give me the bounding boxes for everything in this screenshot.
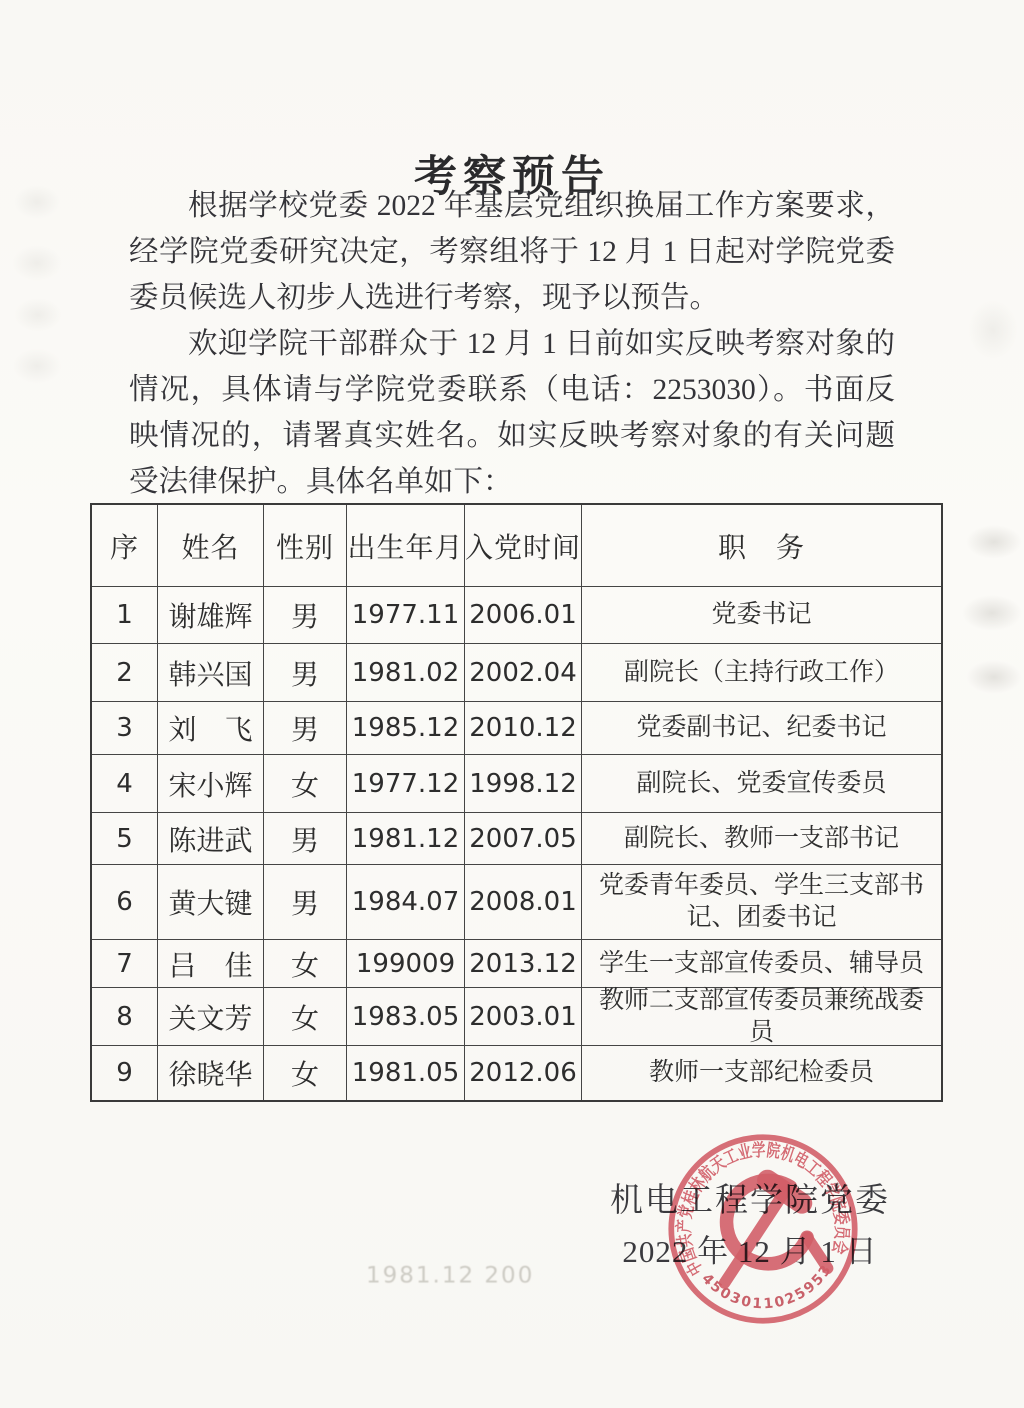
table-cell: 副院长、教师一支部书记	[582, 813, 941, 865]
table-cell: 5	[92, 813, 158, 865]
seal-emblem-hammer-sickle	[713, 1174, 828, 1283]
column-header: 姓名	[158, 505, 264, 587]
document-page: 考察预告 根据学校党委 2022 年基层党组织换届工作方案要求，经学院党委研究决…	[0, 0, 1024, 1408]
table-cell: 199009	[347, 940, 465, 988]
table-cell: 1981.05	[347, 1046, 465, 1100]
table-cell: 徐晓华	[158, 1046, 264, 1100]
table-cell: 关文芳	[158, 988, 264, 1046]
column-header: 职 务	[582, 505, 941, 587]
table-cell: 9	[92, 1046, 158, 1100]
table-cell: 1985.12	[347, 702, 465, 755]
table-cell: 1981.02	[347, 644, 465, 702]
table-cell: 男	[264, 865, 347, 940]
table-cell: 宋小辉	[158, 755, 264, 813]
table-cell: 女	[264, 988, 347, 1046]
official-seal: 中国共产党桂林航天工业学院机电工程学院委员会 4503011025953	[653, 1119, 874, 1340]
table-cell: 8	[92, 988, 158, 1046]
table-cell: 教师一支部纪检委员	[582, 1046, 941, 1100]
table-cell: 7	[92, 940, 158, 988]
scan-smudge	[962, 595, 1022, 631]
table-cell: 谢雄辉	[158, 587, 264, 644]
table-cell: 2013.12	[465, 940, 582, 988]
table-cell: 2010.12	[465, 702, 582, 755]
table-cell: 男	[264, 702, 347, 755]
column-header: 入党时间	[465, 505, 582, 587]
table-cell: 2008.01	[465, 865, 582, 940]
scan-smudge	[12, 348, 62, 384]
table-cell: 2002.04	[465, 644, 582, 702]
table-cell: 1983.05	[347, 988, 465, 1046]
scan-smudge	[966, 660, 1022, 694]
table-cell: 女	[264, 940, 347, 988]
table-cell: 1998.12	[465, 755, 582, 813]
table-cell: 党委书记	[582, 587, 941, 644]
table-cell: 2003.01	[465, 988, 582, 1046]
table-cell: 女	[264, 1046, 347, 1100]
scan-smudge	[968, 300, 1018, 360]
scan-smudge	[12, 245, 62, 281]
table-cell: 男	[264, 644, 347, 702]
table-cell: 3	[92, 702, 158, 755]
scan-smudge	[14, 298, 62, 332]
table-cell: 1981.12	[347, 813, 465, 865]
table-cell: 男	[264, 813, 347, 865]
table-cell: 女	[264, 755, 347, 813]
table-cell: 吕 佳	[158, 940, 264, 988]
table-cell: 6	[92, 865, 158, 940]
table-cell: 1984.07	[347, 865, 465, 940]
table-cell: 教师二支部宣传委员兼统战委员	[582, 988, 941, 1046]
table-cell: 党委副书记、纪委书记	[582, 702, 941, 755]
column-header: 性别	[264, 505, 347, 587]
table-cell: 2006.01	[465, 587, 582, 644]
table-cell: 副院长、党委宣传委员	[582, 755, 941, 813]
table-cell: 党委青年委员、学生三支部书记、团委书记	[582, 865, 941, 940]
table-cell: 1977.11	[347, 587, 465, 644]
roster-table: 序姓名性别出生年月入党时间职 务1谢雄辉男1977.112006.01党委书记2…	[90, 503, 943, 1102]
paragraph: 根据学校党委 2022 年基层党组织换届工作方案要求，经学院党委研究决定，考察组…	[129, 183, 895, 321]
table-cell: 陈进武	[158, 813, 264, 865]
table-cell: 2012.06	[465, 1046, 582, 1100]
ghost-bleed-text: 1981.12 200	[366, 1264, 534, 1289]
table-cell: 副院长（主持行政工作）	[582, 644, 941, 702]
scan-smudge	[966, 525, 1022, 559]
table-cell: 1	[92, 587, 158, 644]
table-cell: 4	[92, 755, 158, 813]
paragraph: 欢迎学院干部群众于 12 月 1 日前如实反映考察对象的情况，具体请与学院党委联…	[129, 321, 895, 505]
table-cell: 1977.12	[347, 755, 465, 813]
table-cell: 男	[264, 587, 347, 644]
notice-body: 根据学校党委 2022 年基层党组织换届工作方案要求，经学院党委研究决定，考察组…	[129, 183, 895, 505]
table-cell: 2	[92, 644, 158, 702]
table-cell: 学生一支部宣传委员、辅导员	[582, 940, 941, 988]
column-header: 序	[92, 505, 158, 587]
table-cell: 刘 飞	[158, 702, 264, 755]
column-header: 出生年月	[347, 505, 465, 587]
table-cell: 2007.05	[465, 813, 582, 865]
table-cell: 黄大键	[158, 865, 264, 940]
table-cell: 韩兴国	[158, 644, 264, 702]
